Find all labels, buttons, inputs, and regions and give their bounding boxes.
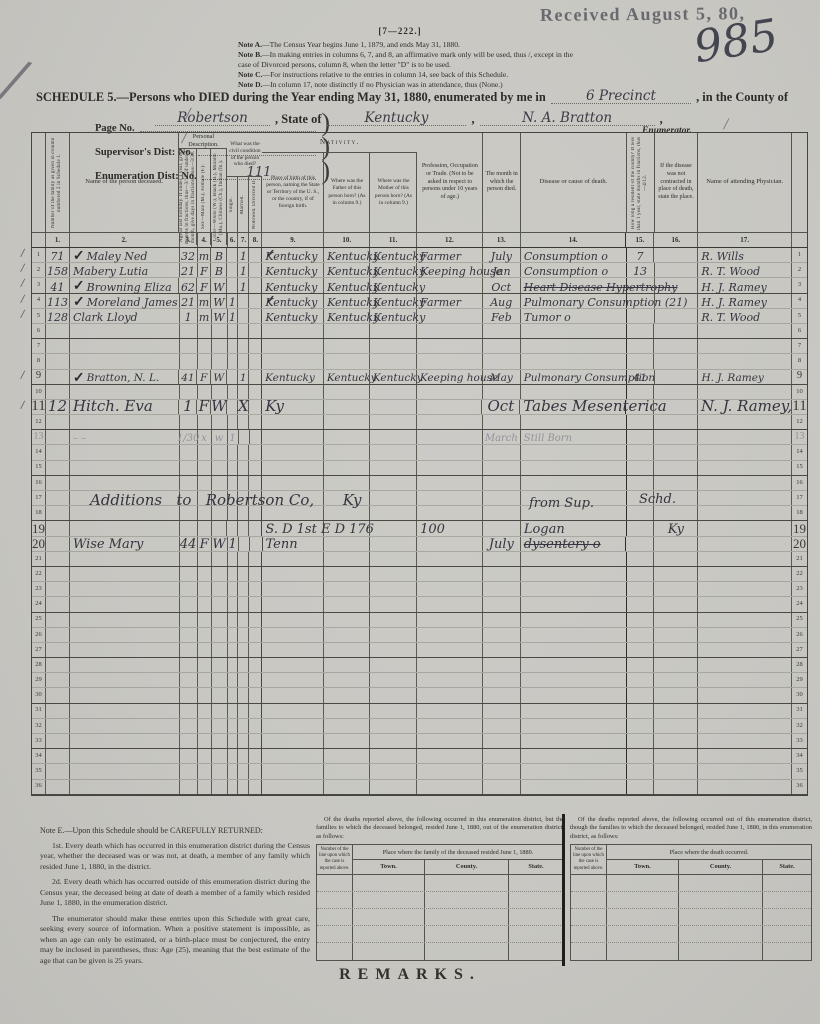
col-physician-label: Name of attending Physician. (704, 177, 785, 187)
column-number: 13. (483, 233, 521, 247)
cell-color (212, 597, 228, 611)
cell-month (483, 704, 521, 718)
table-row: 1616 (32, 476, 807, 491)
cell-occ (417, 415, 483, 429)
cell-occ: Farmer (417, 294, 483, 308)
cell-rn: 32 (32, 719, 46, 733)
handwritten-annotation: from Sup. (529, 497, 594, 510)
mini-table-cell (679, 892, 763, 908)
col-place-contracted-header: If the disease was not contracted in pla… (655, 133, 699, 232)
cell-father (324, 719, 370, 733)
cell-phys (698, 445, 792, 459)
mini-table-cell (353, 926, 425, 942)
cell-disease (521, 324, 627, 338)
cell-month (483, 764, 521, 778)
cell-place (654, 552, 698, 566)
cell-father (324, 597, 370, 611)
cell-color: B (211, 248, 227, 262)
cell-sex (198, 597, 212, 611)
cell-occ (417, 734, 483, 748)
col-month-header: The month in which the person died. (483, 133, 521, 232)
cell-occ: 100 (417, 521, 483, 535)
cell-rn2: 25 (792, 613, 807, 627)
cell-widowed (249, 445, 262, 459)
col-resident-header: How long a resident of the county? If le… (627, 133, 655, 232)
mini-table-cell (353, 909, 425, 925)
cell-color: W (211, 278, 227, 292)
cell-sex (198, 734, 212, 748)
cell-name (70, 704, 180, 718)
cell-single (228, 658, 239, 672)
cell-mother (370, 385, 417, 399)
cell-place (654, 780, 698, 794)
cell-rn: 21 (32, 552, 46, 566)
cell-place (654, 461, 698, 475)
cell-fam (46, 597, 70, 611)
cell-age (180, 582, 198, 596)
cell-month (483, 552, 521, 566)
cell-birth (262, 764, 324, 778)
county-of-text: , in the County of (696, 90, 788, 105)
cell-widowed (249, 673, 262, 687)
cell-place (654, 476, 698, 490)
check-mark-icon: ✓ (73, 373, 85, 384)
cell-widowed (249, 613, 262, 627)
column-number: 14. (521, 233, 627, 247)
cell-rn2: 32 (792, 719, 807, 733)
cell-fam (46, 370, 70, 384)
cell-color (212, 415, 228, 429)
cell-married (238, 719, 249, 733)
cell-age: 1 (180, 309, 198, 323)
cell-birth: Kentucky (262, 370, 324, 384)
cell-fam (46, 354, 70, 368)
cell-place (655, 309, 699, 323)
cell-occ (417, 764, 483, 778)
table-row: 66 (32, 324, 807, 339)
cell-disease (521, 658, 627, 672)
cell-father (324, 673, 370, 687)
cell-month (483, 567, 521, 581)
cell-phys: H. J. Ramey (698, 278, 792, 292)
cell-birth (262, 780, 324, 794)
table-row: 3030 (32, 688, 807, 703)
cell-age: 1/30 (180, 430, 198, 444)
cell-single (227, 278, 238, 292)
cell-phys: R. T. Wood (698, 263, 792, 277)
cell-occ (417, 430, 483, 444)
cell-name (70, 673, 180, 687)
cell-married (238, 643, 249, 657)
cell-month: July (483, 537, 521, 551)
cell-married (239, 537, 250, 551)
cell-month: March (483, 430, 521, 444)
col-married-label: Married. (240, 195, 246, 214)
cell-single (228, 734, 239, 748)
cell-mother (370, 673, 417, 687)
cell-fam: 113 (46, 294, 70, 308)
cell-res (627, 430, 655, 444)
cell-father (324, 385, 370, 399)
cell-birth: Kentucky (262, 278, 324, 292)
note-e-paragraph-2: 2d. Every death which has occurred outsi… (40, 877, 310, 909)
cell-month: Feb (483, 309, 521, 323)
cell-single (228, 476, 239, 490)
cell-name (70, 339, 180, 353)
col-married-header: Married. (238, 177, 249, 232)
cell-father (324, 430, 370, 444)
cell-name (70, 734, 180, 748)
cell-place (654, 719, 698, 733)
cell-month (483, 582, 521, 596)
cell-sex: F (198, 537, 212, 551)
cell-occ (417, 658, 483, 672)
mini-table-cell (317, 875, 353, 891)
cell-father (324, 354, 370, 368)
cell-fam (46, 688, 70, 702)
table-row: 2828 (32, 658, 807, 673)
col-color-label: Color—White (W.), Black (B.), Mulatto (M… (213, 149, 225, 245)
nativity-title: Nativity. (262, 133, 417, 153)
cell-occ (417, 704, 483, 718)
cell-mother (370, 552, 417, 566)
table-row: 3636 (32, 780, 807, 795)
table-row: 2121 (32, 552, 807, 567)
cell-sex (198, 567, 212, 581)
mortality-table: Number of the family as given in column … (31, 132, 808, 796)
cell-res: 13 (627, 263, 655, 277)
state-handwritten: Kentucky (326, 111, 466, 126)
cell-rn2: 24 (792, 597, 807, 611)
cell-occ (417, 567, 483, 581)
cell-married (238, 704, 249, 718)
cell-father (324, 582, 370, 596)
cell-color (212, 445, 228, 459)
cell-sex: m (198, 309, 212, 323)
check-mark-icon: ✓ (73, 281, 85, 292)
cell-rn2: 21 (792, 552, 807, 566)
table-body: 171✓Maley Ned32mB1KentuckyKentuckyKentuc… (31, 248, 808, 796)
cell-rn: 30 (32, 688, 46, 702)
cell-father: Kentucky (324, 309, 370, 323)
cell-mother: Kentucky (370, 263, 417, 277)
cell-father: Kentucky (324, 263, 370, 277)
col-family-number-label: Number of the family as given in column … (51, 135, 63, 231)
cell-married (238, 309, 249, 323)
col-occupation-label: Profession, Occupation or Trade. (Not to… (417, 162, 482, 203)
cell-rn: 6 (32, 324, 46, 338)
cell-place (654, 673, 698, 687)
cell-single (227, 248, 238, 262)
cell-place (654, 643, 698, 657)
cell-age: 32 (180, 248, 198, 262)
cell-rn: 16 (32, 476, 46, 490)
cell-phys: H. J. Ramey (698, 294, 792, 308)
col-sex-header: Sex—Male (M.), Female (F.). (197, 149, 211, 245)
cell-res (627, 506, 655, 520)
cell-phys (698, 597, 792, 611)
handwritten-annotation: Additions to Robertson Co, Ky (90, 493, 361, 508)
cell-single (228, 582, 239, 596)
cell-occ (417, 354, 483, 368)
cell-single (228, 339, 239, 353)
cell-single: 1 (228, 309, 239, 323)
mini-table-row (317, 943, 563, 960)
mini-table-cell (425, 892, 509, 908)
cell-married (238, 673, 249, 687)
cell-phys (698, 461, 792, 475)
mini-table-row (571, 875, 811, 892)
cell-mother: Kentucky (370, 370, 417, 384)
cell-color (212, 764, 228, 778)
cell-rn2: 35 (792, 764, 807, 778)
cell-disease (521, 552, 627, 566)
cell-rn2: 22 (792, 567, 807, 581)
line-number-column-header: Number of the line upon which the case i… (317, 845, 353, 874)
cell-age (180, 339, 198, 353)
cell-month (483, 354, 521, 368)
cell-father (324, 780, 370, 794)
cell-widowed (249, 461, 262, 475)
cell-married (238, 749, 249, 763)
col-physician-header: Name of attending Physician. (698, 133, 792, 232)
cell-fam (46, 537, 70, 551)
col-sex-label: Sex—Male (M.), Female (F.). (201, 164, 207, 229)
cell-rn2: 26 (792, 628, 807, 642)
cell-single (228, 461, 239, 475)
cell-disease (521, 734, 627, 748)
mini-table-cell (763, 875, 811, 891)
column-number: 7. (238, 233, 249, 247)
cell-birth (262, 339, 324, 353)
handwritten-annotation: ∕ (21, 279, 24, 289)
cell-month (483, 613, 521, 627)
cell-birth (262, 430, 324, 444)
cell-disease: Still Born (521, 430, 627, 444)
cell-occ (417, 688, 483, 702)
cell-name: Wise Mary (70, 537, 180, 551)
cell-mother (370, 734, 417, 748)
col-birthplace-header: Place of birth of this person, naming th… (262, 153, 324, 232)
cell-phys (698, 780, 792, 794)
cell-phys (698, 354, 792, 368)
cell-month (483, 628, 521, 642)
cell-occ (417, 278, 483, 292)
mini-table-cell (763, 943, 811, 960)
cell-res (627, 445, 655, 459)
cell-fam (46, 491, 70, 505)
mini-table-cell (571, 875, 607, 891)
cell-disease: Pulmonary Consumption (21) (521, 294, 627, 308)
note-c-text: —For instructions relative to the entrie… (262, 70, 508, 79)
cell-res (627, 628, 655, 642)
mini-table-cell (607, 875, 679, 891)
cell-mother (370, 688, 417, 702)
cell-rn: 10 (32, 385, 46, 399)
table-row: 4113✓Moreland James21mW1KentuckyKentucky… (32, 294, 807, 309)
cell-birth (262, 582, 324, 596)
cell-rn2: 3 (792, 278, 807, 292)
column-number (32, 233, 46, 247)
table-row: 2323 (32, 582, 807, 597)
cell-res (627, 780, 655, 794)
table-row: 3535 (32, 764, 807, 779)
cell-sex (198, 764, 212, 778)
cell-mother (370, 324, 417, 338)
cell-phys (698, 430, 792, 444)
cell-disease (521, 673, 627, 687)
cell-rn: 36 (32, 780, 46, 794)
handwritten-annotation: ∕ (21, 310, 24, 320)
cell-married: 1 (238, 278, 249, 292)
note-b-text: —In making entries in columns 6, 7, and … (238, 50, 573, 69)
cell-rn: 11 (32, 400, 46, 414)
cell-rn2: 30 (792, 688, 807, 702)
cell-married (238, 461, 249, 475)
place-header: Place where the family of the deceased r… (353, 845, 563, 860)
cell-birth (262, 628, 324, 642)
cell-fam (46, 415, 70, 429)
cell-place (655, 278, 699, 292)
cell-color: W (212, 309, 228, 323)
pencil-mark: ∕ (186, 106, 191, 122)
cell-mother (370, 582, 417, 596)
cell-color (212, 688, 228, 702)
cell-occ: Keeping house (417, 370, 483, 384)
cell-phys: R. Wills (698, 248, 792, 262)
cell-widowed (249, 780, 262, 794)
cell-color (212, 324, 228, 338)
table-row: 171✓Maley Ned32mB1KentuckyKentuckyKentuc… (32, 248, 807, 263)
cell-occ (417, 491, 483, 505)
cell-single: 1 (228, 537, 239, 551)
handwritten-annotation: ∕ (21, 264, 24, 274)
cell-name (70, 780, 180, 794)
cell-disease (521, 415, 627, 429)
cell-single (228, 354, 239, 368)
cell-fam (46, 704, 70, 718)
note-a: Note A.—The Census Year begins June 1, 1… (238, 40, 576, 50)
cell-disease (521, 613, 627, 627)
column-number: 15. (626, 233, 654, 247)
cell-rn: 26 (32, 628, 46, 642)
place-header: Place where the death occurred. (607, 845, 811, 860)
mini-table-cell (607, 892, 679, 908)
cell-color (212, 643, 228, 657)
cell-birth: Kentucky (262, 309, 324, 323)
cell-res (626, 537, 654, 551)
table-row: 1515 (32, 461, 807, 476)
cell-widowed (249, 324, 262, 338)
cell-occ: Farmer (417, 248, 483, 262)
cell-disease: Consumption o (521, 263, 627, 277)
cell-name (70, 521, 180, 535)
cell-place (655, 370, 699, 384)
cell-occ (417, 749, 483, 763)
handwritten-annotation: ∕ (21, 295, 24, 305)
cell-name: ✓Browning Eliza (70, 278, 180, 292)
cell-color (212, 658, 228, 672)
table-row: 20Wise Mary44FW1TennJulydysentery o20 (32, 537, 807, 552)
cell-married (238, 658, 249, 672)
cell-color (212, 780, 228, 794)
cell-rn2: 19 (792, 521, 807, 535)
note-a-text: —The Census Year begins June 1, 1879, an… (262, 40, 460, 49)
cell-rn: 18 (32, 506, 46, 520)
handwritten-annotation: ✓ (266, 248, 275, 259)
col-father-birthplace-label: Where was the Father of this person born… (324, 177, 369, 207)
cell-occ: Keeping house (417, 263, 483, 277)
col-disease-label: Disease or cause of death. (538, 177, 610, 187)
cell-res (627, 461, 655, 475)
cell-age (180, 688, 198, 702)
cell-father: Kentucky (324, 294, 370, 308)
cell-sex (198, 628, 212, 642)
cell-age (180, 734, 198, 748)
cell-disease: Consumption o (521, 248, 627, 262)
table-row: 2158Mabery Lutia21FB1KentuckyKentuckyKen… (32, 263, 807, 278)
cell-month (483, 521, 521, 535)
cell-color (212, 354, 228, 368)
line-number-column-header: Number of the line upon which the case i… (571, 845, 607, 874)
cell-single (228, 597, 239, 611)
cell-month (483, 688, 521, 702)
cell-phys (698, 613, 792, 627)
cell-rn2: 8 (792, 354, 807, 368)
table-row: 19S. D 1st E D 176100LoganKy19 (32, 521, 807, 536)
cell-birth (262, 597, 324, 611)
cell-widowed (249, 339, 262, 353)
cell-sex (198, 688, 212, 702)
cell-sex: F (197, 370, 211, 384)
cell-age (180, 673, 198, 687)
cell-rn2: 17 (792, 491, 807, 505)
cell-father (324, 688, 370, 702)
cell-sex (198, 339, 212, 353)
schedule-title-line: SCHEDULE 5.—Persons who DIED during the … (36, 89, 788, 105)
cell-res (627, 324, 655, 338)
cell-phys (698, 582, 792, 596)
cell-age (180, 749, 198, 763)
cell-name: ✓Moreland James (70, 294, 180, 308)
table-row: 3232 (32, 719, 807, 734)
cell-widowed (249, 643, 262, 657)
cell-single: 1 (227, 294, 238, 308)
cell-disease (521, 764, 627, 778)
cell-place (654, 400, 698, 414)
cell-widowed (249, 567, 262, 581)
cell-sex (198, 613, 212, 627)
cell-name (70, 476, 180, 490)
cell-occ (417, 324, 483, 338)
handwritten-annotation: ∕ (21, 401, 24, 411)
cell-sex (198, 643, 212, 657)
col-family-number-header: Number of the family as given in column … (46, 133, 70, 232)
mini-table-cell (353, 892, 425, 908)
cell-father (324, 461, 370, 475)
cell-rn2: 20 (792, 537, 807, 551)
cell-place (654, 248, 698, 262)
cell-res (627, 764, 655, 778)
cell-father (324, 339, 370, 353)
cell-father (324, 764, 370, 778)
cell-phys (698, 521, 792, 535)
check-mark-icon: ✓ (73, 251, 85, 262)
col-place-contracted-label: If the disease was not contracted in pla… (655, 162, 698, 203)
mini-table-cell (763, 926, 811, 942)
cell-widowed (249, 628, 262, 642)
table-row: 2626 (32, 628, 807, 643)
